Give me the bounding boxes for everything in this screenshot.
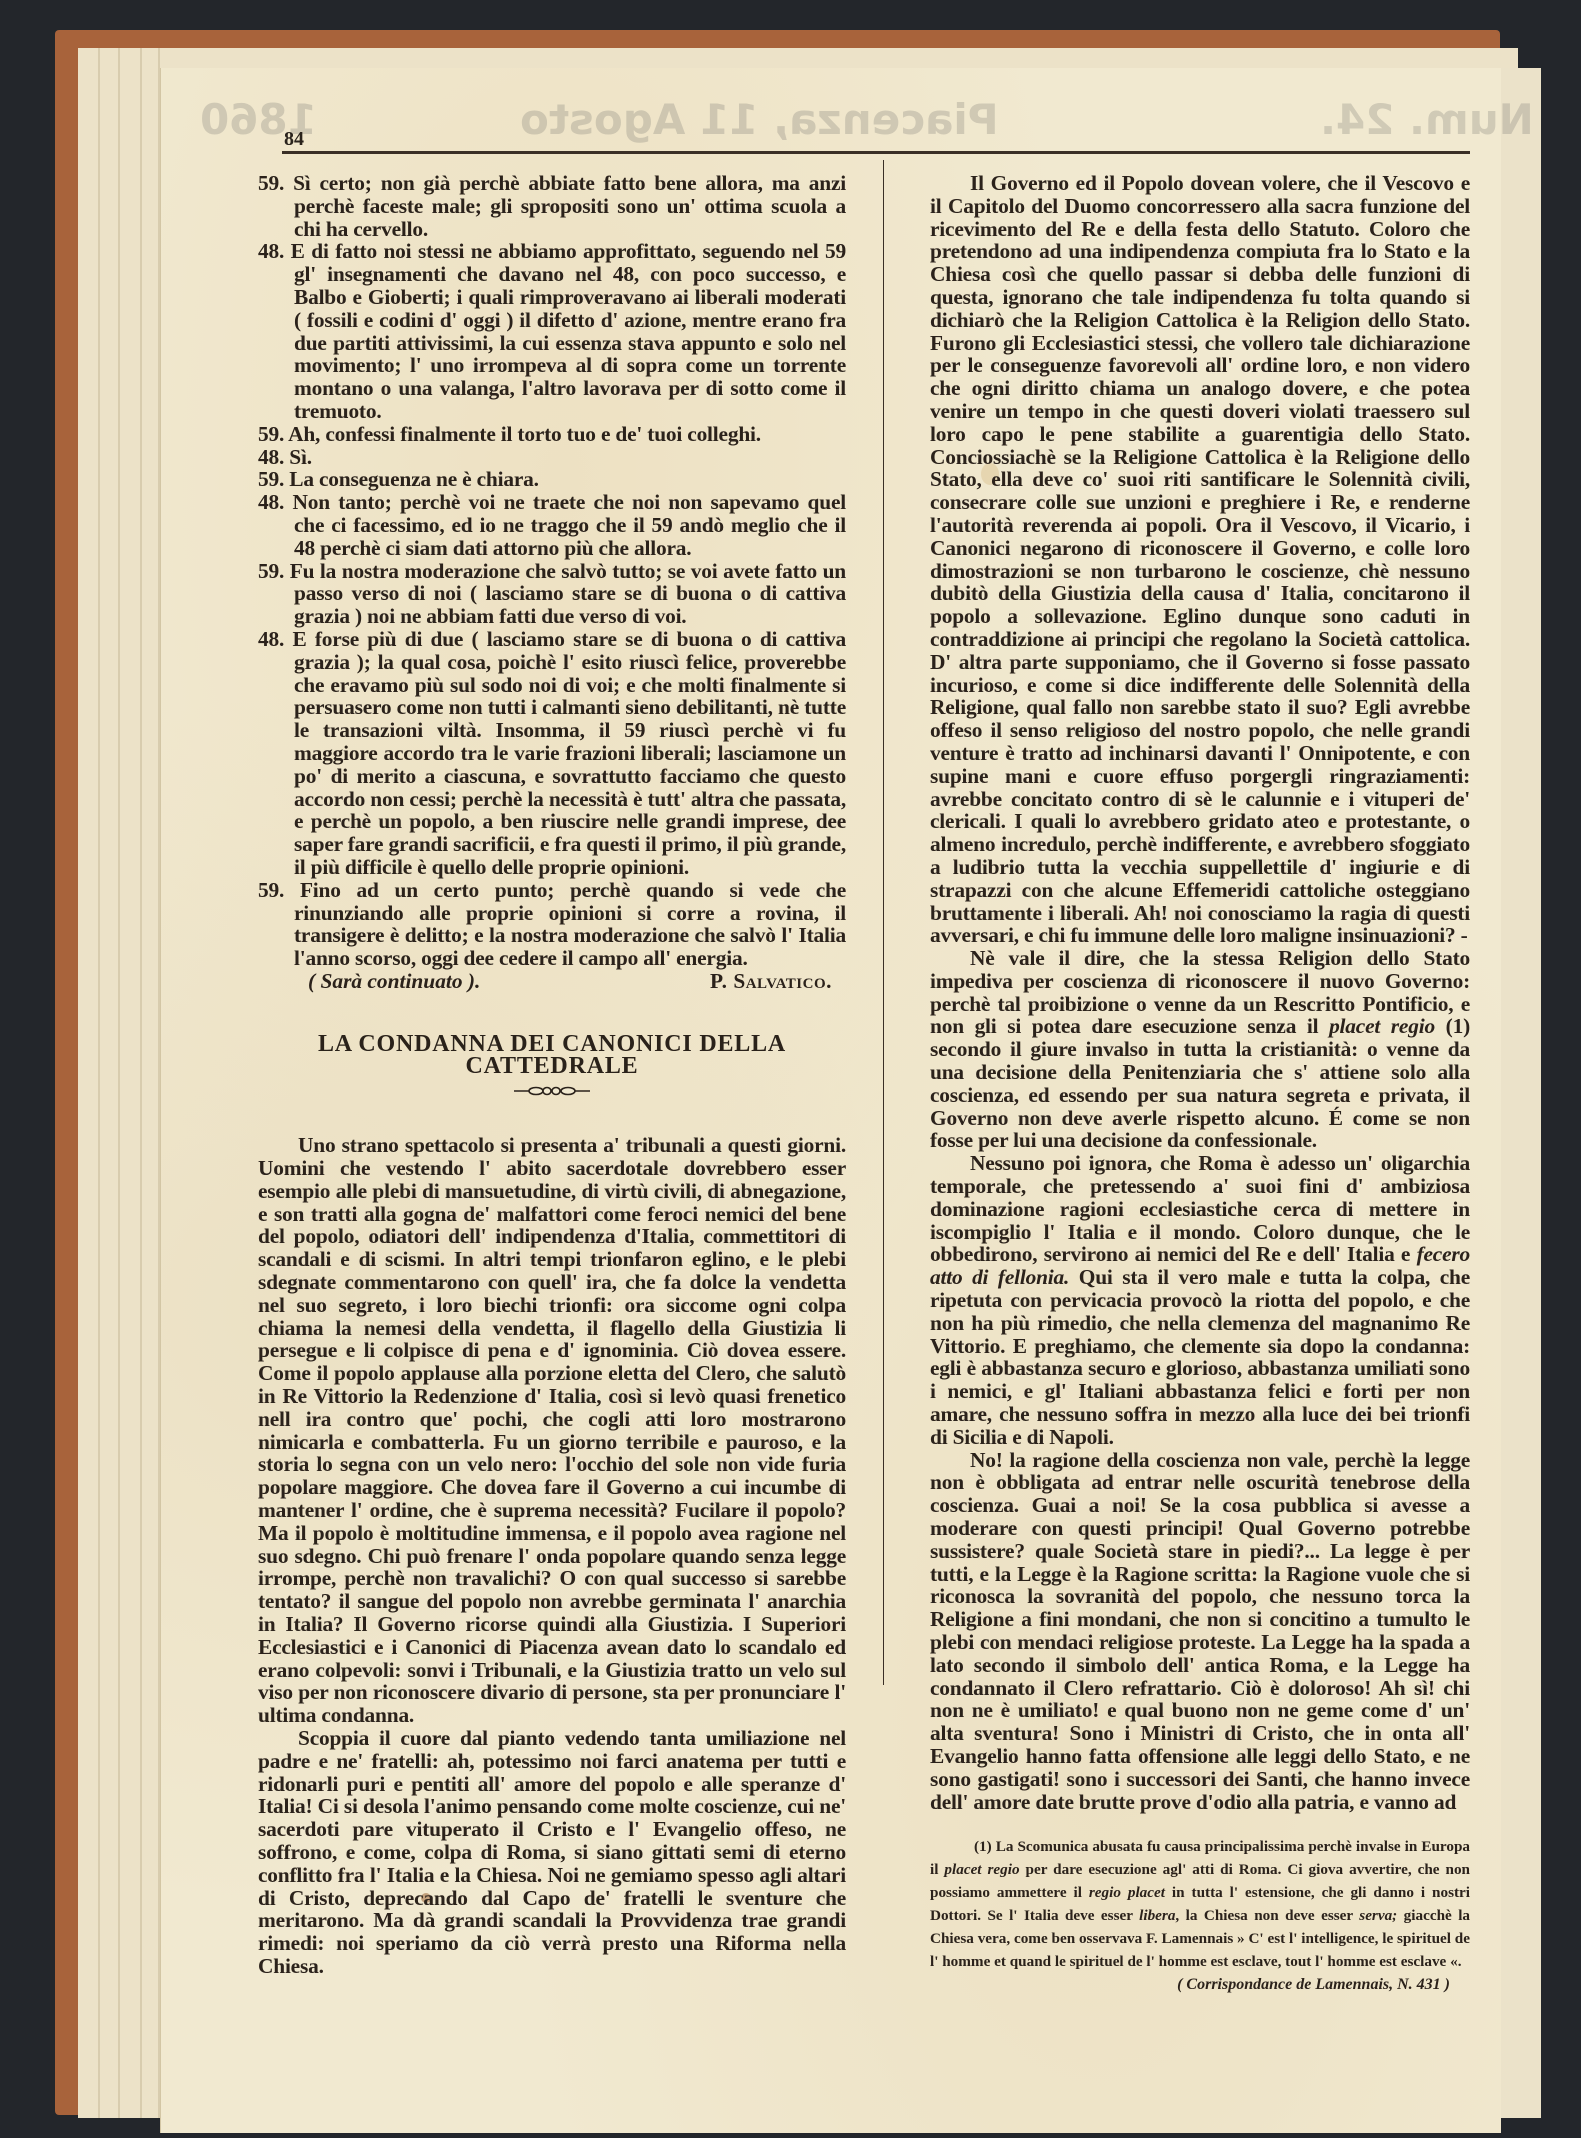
author-signature: P. Salvatico. <box>710 970 832 993</box>
dialogue-line: 59. Fino ad un certo punto; perchè quand… <box>258 879 846 970</box>
header-rule <box>282 151 1470 154</box>
dialogue-line: 48. Sì. <box>258 446 846 469</box>
article-paragraph: Nessuno poi ignora, che Roma è adesso un… <box>930 1152 1470 1448</box>
article-title: LA CONDANNA DEI CANONICI DELLA CATTEDRAL… <box>258 1033 846 1079</box>
article-paragraph: Uno strano spettacolo si presenta a' tri… <box>258 1134 846 1727</box>
dialogue-line: 59. La conseguenza ne è chiara. <box>258 468 846 491</box>
article-paragraph: Il Governo ed il Popolo dovean volere, c… <box>930 172 1470 947</box>
right-column: Il Governo ed il Popolo dovean volere, c… <box>930 172 1470 1996</box>
article-paragraph: No! la ragione della coscienza non vale,… <box>930 1449 1470 1814</box>
dialogue-line: 59. Ah, confessi finalmente il torto tuo… <box>258 423 846 446</box>
article-paragraph: Nè vale il dire, che la stessa Religion … <box>930 947 1470 1152</box>
next-page-edge <box>1500 68 1541 2118</box>
footnote: (1) La Scomunica abusata fu causa princi… <box>930 1835 1470 1973</box>
page-number: 84 <box>284 128 304 151</box>
column-divider <box>883 160 884 1685</box>
left-column: 59. Sì certo; non già perchè abbiate fat… <box>258 172 846 1978</box>
dialogue-line: 59. Sì certo; non già perchè abbiate fat… <box>258 172 846 240</box>
dialogue-line: 59. Fu la nostra moderazione che salvò t… <box>258 560 846 628</box>
footnote-citation: ( Corrispondance de Lamennais, N. 431 ) <box>930 1973 1470 1996</box>
signature-row: ( Sarà continuato ). P. Salvatico. <box>258 970 846 993</box>
dialogue-line: 48. E di fatto noi stessi ne abbiamo app… <box>258 240 846 422</box>
dialogue-line: 48. Non tanto; perchè voi ne traete che … <box>258 491 846 559</box>
dialogue: 59. Sì certo; non già perchè abbiate fat… <box>258 172 846 970</box>
ghost-header-issue: Num. 24. <box>1320 95 1534 144</box>
ghost-header-place-date: Piacenza, 11 Agosto <box>520 95 999 144</box>
continued-note: ( Sarà continuato ). <box>308 970 480 993</box>
dialogue-line: 48. E forse più di due ( lasciamo stare … <box>258 628 846 879</box>
decorative-rule-ornament-icon <box>514 1084 590 1098</box>
article-paragraph: Scoppia il cuore dal pianto vedendo tant… <box>258 1727 846 1978</box>
footnote-marker: (1) <box>974 1838 992 1855</box>
